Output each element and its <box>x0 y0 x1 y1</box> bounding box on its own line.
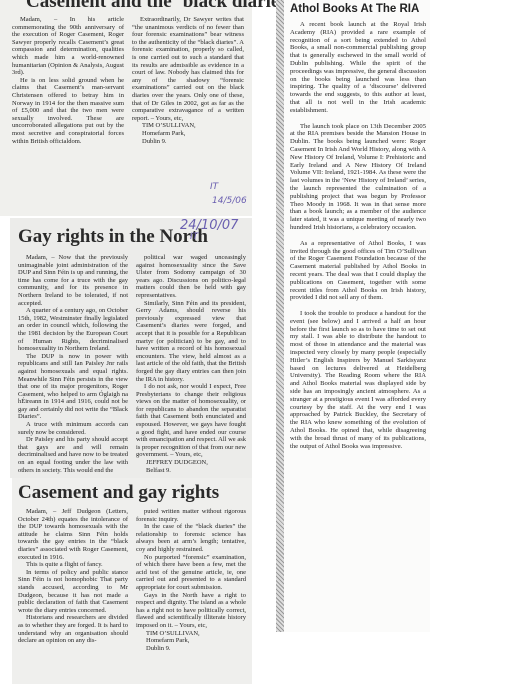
clipping-headline: Casement and gay rights <box>18 482 219 504</box>
letter-paragraph: Historians and researchers are divided a… <box>18 614 128 644</box>
article-paragraph: As a representative of Athol Books, I wa… <box>290 240 426 302</box>
signature-name: JEFFREY DUDGEON, <box>136 459 246 467</box>
column-right: puted written matter without rigorous fo… <box>136 508 246 652</box>
column-right: Extraordinarily, Dr Sawyer writes that “… <box>132 16 244 145</box>
signature-city: Dublin 9. <box>132 138 244 146</box>
article-title: Athol Books At The RIA <box>290 3 430 15</box>
letter-paragraph: political war waged unceasingly against … <box>136 254 246 300</box>
column-left: Madam, – Jeff Dudgeon (Letters, October … <box>18 508 128 652</box>
clipping-columns: Madam, – Now that the previously unimagi… <box>18 254 246 474</box>
letter-paragraph: Dr Paisley and his party should accept t… <box>18 436 128 474</box>
handwritten-initials: IT <box>210 182 218 192</box>
signature-city: Belfast 9. <box>136 467 246 475</box>
article-paragraph: I took the trouble to produce a handout … <box>290 310 426 450</box>
clipping-columns: Madam, – In his article commemorating th… <box>12 16 244 145</box>
signature-address: Homefarm Park, <box>136 637 246 645</box>
letter-paragraph: Gays in the North have a right to respec… <box>136 592 246 630</box>
signature-name: TIM O’SULLIVAN, <box>132 122 244 130</box>
clipping-gay-rights-north: Gay rights in the North Madam, – Now tha… <box>10 218 252 478</box>
letter-paragraph: The DUP is now in power with republicans… <box>18 353 128 421</box>
letter-paragraph: Madam, – Jeff Dudgeon (Letters, October … <box>18 508 128 561</box>
article-body: A recent book launch at the Royal Irish … <box>284 15 430 450</box>
column-left: Madam, – Now that the previously unimagi… <box>18 254 128 474</box>
clipping-columns: Madam, – Jeff Dudgeon (Letters, October … <box>18 508 246 652</box>
letter-paragraph: A quarter of a century ago, on October 1… <box>18 307 128 353</box>
signature-address: Homefarm Park, <box>132 130 244 138</box>
column-left: Madam, – In his article commemorating th… <box>12 16 124 145</box>
column-right: political war waged unceasingly against … <box>136 254 246 474</box>
clipping-headline: Casement and the ‘black diaries’ <box>26 0 293 13</box>
letter-paragraph: I do not ask, nor would I expect, Free P… <box>136 383 246 459</box>
handwritten-date: 24/10/07 <box>180 218 238 233</box>
signature-name: TIM O’SULLIVAN, <box>136 630 246 638</box>
letter-paragraph: Similarly, Sinn Féin and its president, … <box>136 300 246 384</box>
letter-paragraph: A truce with minimum accords can surely … <box>18 421 128 436</box>
letter-paragraph: This is quite a flight of fancy. <box>18 561 128 569</box>
clipping-casement-gay-rights: Casement and gay rights Madam, – Jeff Du… <box>12 478 252 684</box>
handwritten-date: 14/5/06 <box>212 196 247 206</box>
article-paragraph: A recent book launch at the Royal Irish … <box>290 21 426 115</box>
letter-paragraph: Madam, – In his article commemorating th… <box>12 16 124 77</box>
letter-paragraph: In terms of policy and public stance Sin… <box>18 569 128 615</box>
signature-city: Dublin 9. <box>136 645 246 653</box>
letter-paragraph: In the case of the “black diaries” the r… <box>136 523 246 553</box>
letter-paragraph: puted written matter without rigorous fo… <box>136 508 246 523</box>
handwritten-initials: IT <box>190 232 198 242</box>
article-paragraph: The launch took place on 13th December 2… <box>290 123 426 232</box>
athol-books-article: Athol Books At The RIA A recent book lau… <box>276 0 430 632</box>
letter-paragraph: Extraordinarily, Dr Sawyer writes that “… <box>132 16 244 122</box>
letter-paragraph: He is on less solid ground when he claim… <box>12 77 124 145</box>
letter-paragraph: No purported “forensic” examination, of … <box>136 554 246 592</box>
letter-paragraph: Madam, – Now that the previously unimagi… <box>18 254 128 307</box>
